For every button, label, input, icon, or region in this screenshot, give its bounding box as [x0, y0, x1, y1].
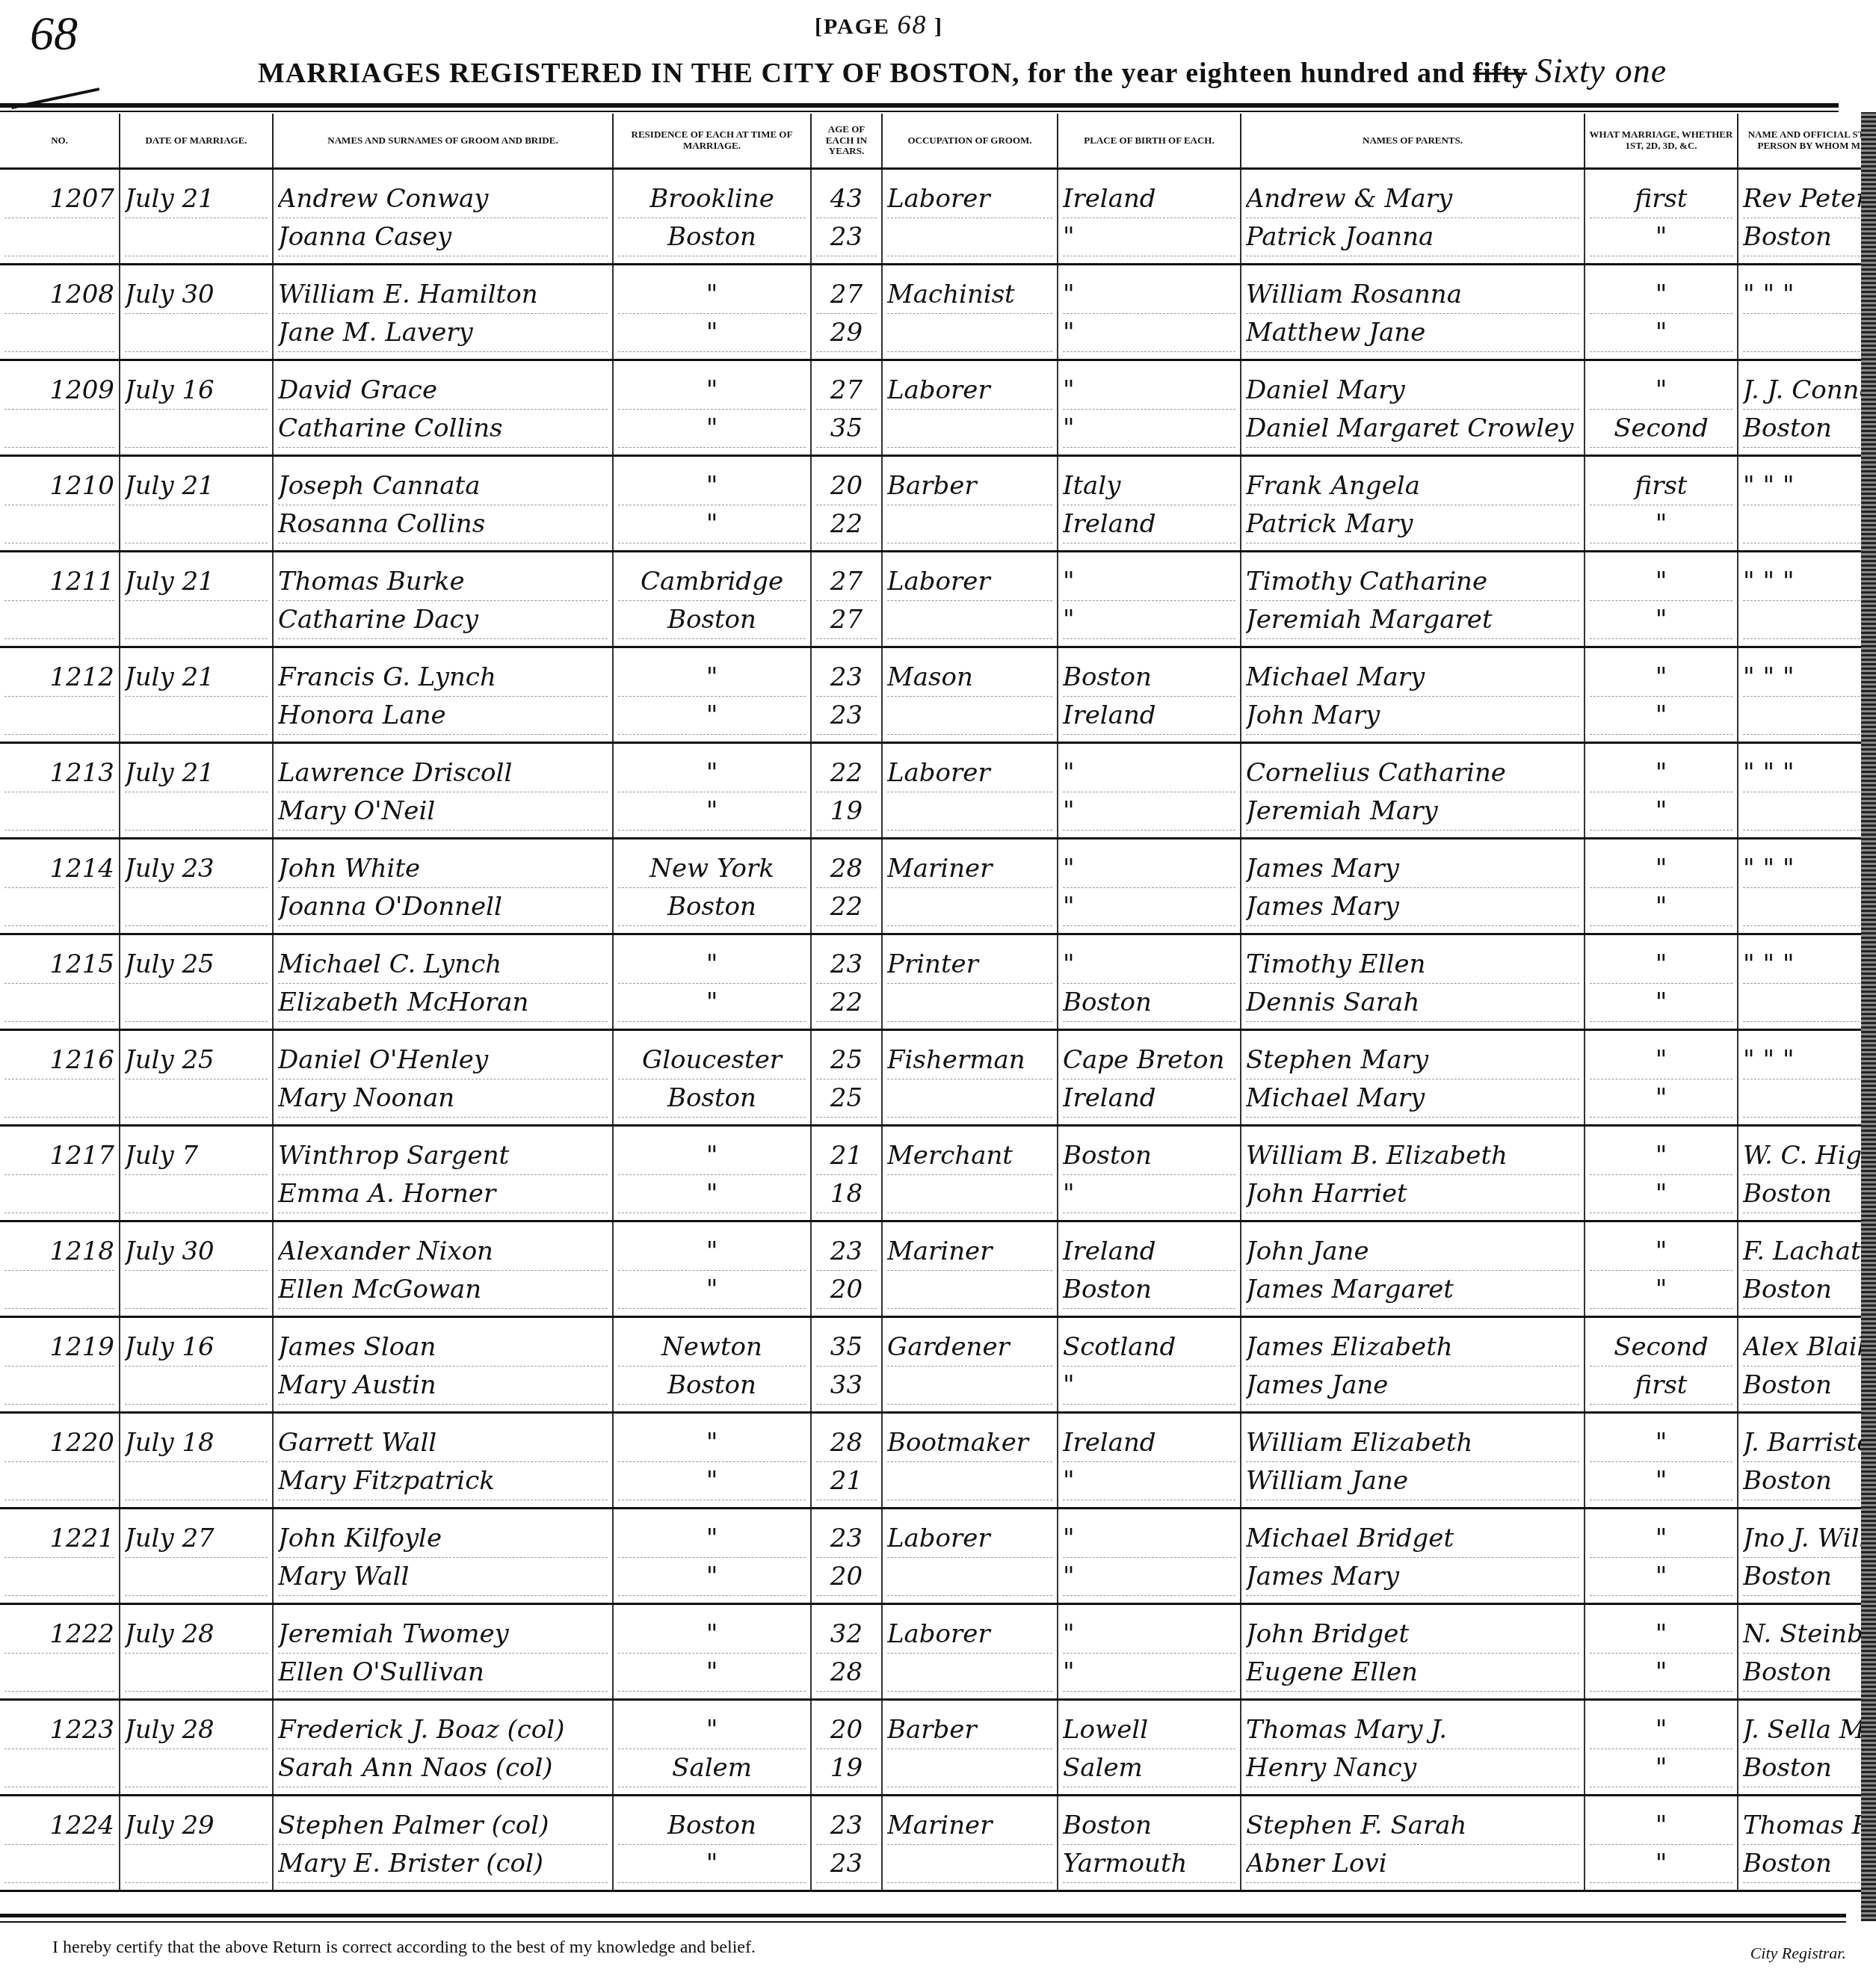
marriage-order: "": [1585, 552, 1738, 647]
table-row: 1224July 29Stephen Palmer (col)Mary E. B…: [0, 1796, 1876, 1891]
cell-value: ": [618, 754, 806, 792]
cell-value: ": [1590, 1462, 1732, 1500]
groom-bride-names: Winthrop SargentEmma A. Horner: [273, 1126, 613, 1221]
cell-value: 32: [816, 1615, 877, 1654]
column-header: Name and Official Station of Person by w…: [1738, 114, 1876, 169]
groom-bride-names: Alexander NixonEllen McGowan: [273, 1221, 613, 1317]
cell-value: Gloucester: [618, 1041, 806, 1079]
cell-value: Joseph Cannata: [278, 467, 608, 505]
cell-value: Mason: [887, 659, 1052, 697]
entry-number: 1221: [0, 1509, 120, 1604]
marriage-order: "": [1585, 839, 1738, 934]
cell-value: 28: [816, 1424, 877, 1462]
residence: "Salem: [613, 1700, 811, 1796]
cell-value: 1213: [4, 754, 114, 792]
cell-value: Alexander Nixon: [278, 1233, 608, 1271]
birthplace: "": [1058, 265, 1241, 360]
cell-value: Italy: [1063, 467, 1235, 505]
page-label: [PAGE 68 ]: [815, 9, 943, 40]
cell-value: 27: [816, 563, 877, 601]
marriage-date: July 16: [120, 1317, 273, 1413]
cell-value: Garrett Wall: [278, 1424, 608, 1462]
cell-value: ": [1590, 601, 1732, 639]
cell-value: [1743, 697, 1876, 735]
cell-value: Machinist: [887, 276, 1052, 314]
marriage-date: July 30: [120, 1221, 273, 1317]
cell-value: ": [618, 410, 806, 448]
page-edge: [1861, 112, 1876, 1921]
table-row: 1217July 7Winthrop SargentEmma A. Horner…: [0, 1126, 1876, 1221]
cell-value: ": [1063, 1615, 1235, 1654]
cell-value: David Grace: [278, 372, 608, 410]
groom-occupation: Gardener: [882, 1317, 1058, 1413]
cell-value: Jane M. Lavery: [278, 314, 608, 352]
title-handwritten: Sixty one: [1535, 52, 1667, 90]
marriage-date: July 25: [120, 1030, 273, 1126]
cell-value: ": [1590, 659, 1732, 697]
cell-value: John Kilfoyle: [278, 1520, 608, 1558]
cell-value: ": [1590, 1233, 1732, 1271]
table-row: 1214July 23John WhiteJoanna O'DonnellNew…: [0, 839, 1876, 934]
cell-value: F. Lachat: [1743, 1233, 1876, 1271]
cell-value: Patrick Mary: [1246, 505, 1579, 543]
ages: 2019: [811, 1700, 882, 1796]
cell-value: Scotland: [1063, 1328, 1235, 1367]
cell-value: ": [1063, 372, 1235, 410]
marriage-order: "": [1585, 647, 1738, 743]
cell-value: Andrew & Mary: [1246, 180, 1579, 218]
cell-value: 1217: [4, 1137, 114, 1175]
cell-value: Daniel Margaret Crowley: [1246, 410, 1579, 448]
cell-value: July 28: [125, 1711, 268, 1749]
cell-value: 22: [816, 888, 877, 926]
cell-value: Ireland: [1063, 1233, 1235, 1271]
cell-value: 1224: [4, 1807, 114, 1845]
cell-value: ": [1063, 1367, 1235, 1405]
cell-value: 23: [816, 1233, 877, 1271]
groom-bride-names: William E. HamiltonJane M. Lavery: [273, 265, 613, 360]
entry-number: 1217: [0, 1126, 120, 1221]
cell-value: 1211: [4, 563, 114, 601]
residence: CambridgeBoston: [613, 552, 811, 647]
column-header: Occupation of Groom.: [882, 114, 1058, 169]
cell-value: 19: [816, 1749, 877, 1787]
cell-value: Frederick J. Boaz (col): [278, 1711, 608, 1749]
cell-value: ": [618, 1175, 806, 1213]
cell-value: Laborer: [887, 1520, 1052, 1558]
cell-value: Boston: [1743, 1558, 1876, 1596]
cell-value: July 28: [125, 1615, 268, 1654]
cell-value: Boston: [1743, 1271, 1876, 1309]
cell-value: Cape Breton: [1063, 1041, 1235, 1079]
cell-value: Boston: [1743, 1175, 1876, 1213]
cell-value: Thomas Burke: [278, 563, 608, 601]
ages: 4323: [811, 169, 882, 265]
officiant: J. Sella MartinBoston: [1738, 1700, 1876, 1796]
cell-value: ": [1590, 1424, 1732, 1462]
cell-value: July 16: [125, 372, 268, 410]
cell-value: July 21: [125, 563, 268, 601]
officiant: " " ": [1738, 265, 1876, 360]
column-header: What Marriage, Whether 1st, 2d, 3d, &c.: [1585, 114, 1738, 169]
residence: "": [613, 1509, 811, 1604]
cell-value: 21: [816, 1462, 877, 1500]
entry-number: 1213: [0, 743, 120, 839]
marriage-date: July 21: [120, 552, 273, 647]
birthplace: "": [1058, 1509, 1241, 1604]
cell-value: [1743, 1079, 1876, 1118]
cell-value: W. C. High: [1743, 1137, 1876, 1175]
ages: 2821: [811, 1413, 882, 1509]
cell-value: July 16: [125, 1328, 268, 1367]
cell-value: Thomas Mary J.: [1246, 1711, 1579, 1749]
cell-value: 1218: [4, 1233, 114, 1271]
column-header: Names of Parents.: [1241, 114, 1585, 169]
cell-value: James Elizabeth: [1246, 1328, 1579, 1367]
groom-bride-names: James SloanMary Austin: [273, 1317, 613, 1413]
cell-value: ": [1590, 1271, 1732, 1309]
residence: Boston": [613, 1796, 811, 1891]
cell-value: ": [1590, 1041, 1732, 1079]
cell-value: ": [1590, 946, 1732, 984]
groom-bride-names: Andrew ConwayJoanna Casey: [273, 169, 613, 265]
cell-value: James Sloan: [278, 1328, 608, 1367]
entry-number: 1210: [0, 456, 120, 552]
header-rule: [0, 103, 1839, 108]
cell-value: July 27: [125, 1520, 268, 1558]
cell-value: ": [618, 467, 806, 505]
header-rule-thin: [0, 111, 1839, 112]
parents-names: Stephen F. SarahAbner Lovi: [1241, 1796, 1585, 1891]
parents-names: James ElizabethJames Jane: [1241, 1317, 1585, 1413]
cell-value: James Jane: [1246, 1367, 1579, 1405]
cell-value: 23: [816, 218, 877, 256]
cell-value: Timothy Catharine: [1246, 563, 1579, 601]
marriage-date: July 28: [120, 1604, 273, 1700]
cell-value: Eugene Ellen: [1246, 1654, 1579, 1692]
cell-value: Boston: [618, 888, 806, 926]
table-row: 1218July 30Alexander NixonEllen McGowan"…: [0, 1221, 1876, 1317]
marriage-date: July 21: [120, 169, 273, 265]
cell-value: Fisherman: [887, 1041, 1052, 1079]
marriage-date: July 30: [120, 265, 273, 360]
cell-value: Barber: [887, 467, 1052, 505]
cell-value: Boston: [1743, 218, 1876, 256]
cell-value: ": [1063, 314, 1235, 352]
cell-value: 23: [816, 1845, 877, 1883]
cell-value: Sarah Ann Naos (col): [278, 1749, 608, 1787]
cell-value: Salem: [1063, 1749, 1235, 1787]
cell-value: Frank Angela: [1246, 467, 1579, 505]
parents-names: Frank AngelaPatrick Mary: [1241, 456, 1585, 552]
cell-value: ": [1590, 314, 1732, 352]
entry-number: 1212: [0, 647, 120, 743]
residence: "": [613, 1221, 811, 1317]
parents-names: James MaryJames Mary: [1241, 839, 1585, 934]
cell-value: 23: [816, 659, 877, 697]
groom-bride-names: David GraceCatharine Collins: [273, 360, 613, 456]
marriage-date: July 25: [120, 934, 273, 1030]
cell-value: Bootmaker: [887, 1424, 1052, 1462]
cell-value: Ireland: [1063, 505, 1235, 543]
ages: 2323: [811, 647, 882, 743]
birthplace: "": [1058, 839, 1241, 934]
table-row: 1213July 21Lawrence DriscollMary O'Neil"…: [0, 743, 1876, 839]
cell-value: ": [1063, 1654, 1235, 1692]
cell-value: ": [1590, 1749, 1732, 1787]
cell-value: James Mary: [1246, 850, 1579, 888]
cell-value: Boston: [618, 601, 806, 639]
cell-value: July 29: [125, 1807, 268, 1845]
cell-value: ": [618, 792, 806, 831]
residence: GloucesterBoston: [613, 1030, 811, 1126]
cell-value: " " ": [1743, 563, 1876, 601]
ages: 2219: [811, 743, 882, 839]
groom-bride-names: Frederick J. Boaz (col)Sarah Ann Naos (c…: [273, 1700, 613, 1796]
marriage-date: July 21: [120, 456, 273, 552]
cell-value: J. J. Connolly: [1743, 372, 1876, 410]
cell-value: first: [1590, 467, 1732, 505]
groom-occupation: Laborer: [882, 1509, 1058, 1604]
cell-value: William B. Elizabeth: [1246, 1137, 1579, 1175]
parents-names: Timothy CatharineJeremiah Margaret: [1241, 552, 1585, 647]
parents-names: Michael MaryJohn Mary: [1241, 647, 1585, 743]
entry-number: 1214: [0, 839, 120, 934]
cell-value: Boston: [1743, 410, 1876, 448]
officiant: " " ": [1738, 1030, 1876, 1126]
cell-value: Newton: [618, 1328, 806, 1367]
groom-occupation: Fisherman: [882, 1030, 1058, 1126]
cell-value: Mariner: [887, 850, 1052, 888]
cell-value: ": [1590, 1807, 1732, 1845]
ages: 3533: [811, 1317, 882, 1413]
table-row: 1208July 30William E. HamiltonJane M. La…: [0, 265, 1876, 360]
cell-value: Mary Wall: [278, 1558, 608, 1596]
residence: "": [613, 265, 811, 360]
marriage-order: "": [1585, 743, 1738, 839]
officiant: " " ": [1738, 934, 1876, 1030]
cell-value: Barber: [887, 1711, 1052, 1749]
cell-value: Mary E. Brister (col): [278, 1845, 608, 1883]
cell-value: Boston: [1743, 1845, 1876, 1883]
cell-value: ": [1590, 697, 1732, 735]
table-body: 1207July 21Andrew ConwayJoanna CaseyBroo…: [0, 169, 1876, 1891]
cell-value: Lowell: [1063, 1711, 1235, 1749]
residence: "": [613, 360, 811, 456]
cell-value: ": [1063, 1520, 1235, 1558]
birthplace: "": [1058, 743, 1241, 839]
cell-value: ": [618, 1137, 806, 1175]
cell-value: James Margaret: [1246, 1271, 1579, 1309]
cell-value: 33: [816, 1367, 877, 1405]
cell-value: July 25: [125, 1041, 268, 1079]
column-header: Residence of each at time of Marriage.: [613, 114, 811, 169]
birthplace: IrelandBoston: [1058, 1221, 1241, 1317]
groom-occupation: Barber: [882, 456, 1058, 552]
cell-value: ": [618, 1615, 806, 1654]
check-mark-icon: [5, 58, 100, 109]
table-row: 1210July 21Joseph CannataRosanna Collins…: [0, 456, 1876, 552]
residence: "": [613, 1126, 811, 1221]
marriage-order: "": [1585, 265, 1738, 360]
cell-value: Daniel Mary: [1246, 372, 1579, 410]
cell-value: Jno J. Williams: [1743, 1520, 1876, 1558]
ages: 2322: [811, 934, 882, 1030]
footer-rule-thin: [0, 1921, 1846, 1923]
cell-value: ": [1590, 372, 1732, 410]
entry-number: 1219: [0, 1317, 120, 1413]
footer-rule: [0, 1914, 1846, 1917]
cell-value: Boston: [1063, 659, 1235, 697]
registrar-label: City Registrar.: [1750, 1944, 1846, 1963]
officiant: " " ": [1738, 647, 1876, 743]
parents-names: John JaneJames Margaret: [1241, 1221, 1585, 1317]
cell-value: " " ": [1743, 276, 1876, 314]
marriage-order: "": [1585, 1796, 1738, 1891]
cell-value: Francis G. Lynch: [278, 659, 608, 697]
table-row: 1220July 18Garrett WallMary Fitzpatrick"…: [0, 1413, 1876, 1509]
residence: New YorkBoston: [613, 839, 811, 934]
cell-value: Second: [1590, 1328, 1732, 1367]
marriage-order: "": [1585, 1509, 1738, 1604]
entry-number: 1220: [0, 1413, 120, 1509]
table-header-row: No.Date of Marriage.Names and Surnames o…: [0, 114, 1876, 169]
cell-value: ": [618, 984, 806, 1022]
cell-value: Boston: [618, 1367, 806, 1405]
cell-value: Merchant: [887, 1137, 1052, 1175]
officiant: Alex BlaikieBoston: [1738, 1317, 1876, 1413]
cell-value: ": [1063, 850, 1235, 888]
cell-value: " " ": [1743, 754, 1876, 792]
cell-value: Laborer: [887, 754, 1052, 792]
groom-bride-names: Jeremiah TwomeyEllen O'Sullivan: [273, 1604, 613, 1700]
cell-value: William E. Hamilton: [278, 276, 608, 314]
marriage-order: "Second: [1585, 360, 1738, 456]
cell-value: Ireland: [1063, 1424, 1235, 1462]
marriage-date: July 21: [120, 647, 273, 743]
groom-bride-names: Michael C. LynchElizabeth McHoran: [273, 934, 613, 1030]
cell-value: 20: [816, 467, 877, 505]
cell-value: ": [1063, 888, 1235, 926]
cell-value: Mary Austin: [278, 1367, 608, 1405]
cell-value: Emma A. Horner: [278, 1175, 608, 1213]
cell-value: Mary Noonan: [278, 1079, 608, 1118]
cell-value: ": [1590, 888, 1732, 926]
cell-value: ": [618, 1558, 806, 1596]
cell-value: [1743, 984, 1876, 1022]
officiant: " " ": [1738, 456, 1876, 552]
entry-number: 1207: [0, 169, 120, 265]
cell-value: 25: [816, 1079, 877, 1118]
marriage-date: July 21: [120, 743, 273, 839]
cell-value: Stephen Palmer (col): [278, 1807, 608, 1845]
cell-value: Michael Mary: [1246, 1079, 1579, 1118]
cell-value: 23: [816, 1807, 877, 1845]
cell-value: first: [1590, 180, 1732, 218]
cell-value: " " ": [1743, 659, 1876, 697]
cell-value: ": [1590, 505, 1732, 543]
cell-value: first: [1590, 1367, 1732, 1405]
cell-value: July 30: [125, 1233, 268, 1271]
parents-names: Daniel MaryDaniel Margaret Crowley: [1241, 360, 1585, 456]
cell-value: Ellen McGowan: [278, 1271, 608, 1309]
parents-names: William ElizabethWilliam Jane: [1241, 1413, 1585, 1509]
title-printed: MARRIAGES REGISTERED IN THE CITY OF BOST…: [258, 58, 1465, 89]
cell-value: Laborer: [887, 1615, 1052, 1654]
cell-value: ": [618, 276, 806, 314]
column-header: Date of Marriage.: [120, 114, 273, 169]
marriage-order: "": [1585, 1221, 1738, 1317]
cell-value: Gardener: [887, 1328, 1052, 1367]
groom-occupation: Machinist: [882, 265, 1058, 360]
cell-value: Henry Nancy: [1246, 1749, 1579, 1787]
cell-value: New York: [618, 850, 806, 888]
officiant: N. SteinbacherBoston: [1738, 1604, 1876, 1700]
cell-value: Joanna Casey: [278, 218, 608, 256]
cell-value: Printer: [887, 946, 1052, 984]
cell-value: July 21: [125, 467, 268, 505]
cell-value: Thomas Freeman: [1743, 1807, 1876, 1845]
cell-value: [1743, 888, 1876, 926]
cell-value: ": [1590, 563, 1732, 601]
parents-names: Stephen MaryMichael Mary: [1241, 1030, 1585, 1126]
cell-value: 23: [816, 1520, 877, 1558]
birthplace: Scotland": [1058, 1317, 1241, 1413]
cell-value: ": [1590, 1615, 1732, 1654]
parents-names: William RosannaMatthew Jane: [1241, 265, 1585, 360]
cell-value: Boston: [1063, 1807, 1235, 1845]
cell-value: ": [1063, 754, 1235, 792]
marriage-order: "": [1585, 934, 1738, 1030]
residence: BrooklineBoston: [613, 169, 811, 265]
cell-value: Boston: [1743, 1367, 1876, 1405]
table-row: 1222July 28Jeremiah TwomeyEllen O'Sulliv…: [0, 1604, 1876, 1700]
cell-value: Abner Lovi: [1246, 1845, 1579, 1883]
parents-names: William B. ElizabethJohn Harriet: [1241, 1126, 1585, 1221]
cell-value: ": [1590, 1711, 1732, 1749]
cell-value: 1210: [4, 467, 114, 505]
cell-value: John Jane: [1246, 1233, 1579, 1271]
ages: 2118: [811, 1126, 882, 1221]
cell-value: Laborer: [887, 372, 1052, 410]
officiant: Thomas FreemanBoston: [1738, 1796, 1876, 1891]
cell-value: [1743, 314, 1876, 352]
birthplace: "": [1058, 552, 1241, 647]
officiant: " " ": [1738, 552, 1876, 647]
cell-value: Boston: [1743, 1462, 1876, 1500]
cell-value: ": [1063, 1558, 1235, 1596]
cell-value: Ellen O'Sullivan: [278, 1654, 608, 1692]
groom-occupation: Mariner: [882, 839, 1058, 934]
column-header: Age of each in Years.: [811, 114, 882, 169]
table-row: 1212July 21Francis G. LynchHonora Lane""…: [0, 647, 1876, 743]
cell-value: ": [1063, 563, 1235, 601]
parents-names: Michael BridgetJames Mary: [1241, 1509, 1585, 1604]
officiant: Jno J. WilliamsBoston: [1738, 1509, 1876, 1604]
cell-value: Yarmouth: [1063, 1845, 1235, 1883]
officiant: W. C. HighBoston: [1738, 1126, 1876, 1221]
cell-value: 18: [816, 1175, 877, 1213]
cell-value: ": [1590, 1654, 1732, 1692]
cell-value: 1221: [4, 1520, 114, 1558]
cell-value: ": [1063, 792, 1235, 831]
cell-value: Joanna O'Donnell: [278, 888, 608, 926]
cell-value: William Jane: [1246, 1462, 1579, 1500]
cell-value: 19: [816, 792, 877, 831]
groom-bride-names: Garrett WallMary Fitzpatrick: [273, 1413, 613, 1509]
entry-number: 1224: [0, 1796, 120, 1891]
cell-value: 29: [816, 314, 877, 352]
